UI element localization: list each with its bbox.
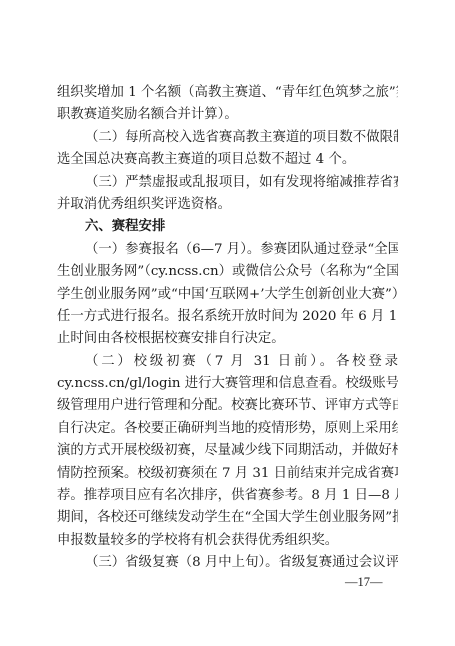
text-line: 自行决定。各校要正确研判当地的疫情形势，原则上采用线上路: [57, 418, 398, 440]
section-heading: 六、赛程安排: [57, 216, 398, 238]
text-line: 组织奖增加 1 个名额（高教主赛道、“青年红色筑梦之旅”赛道、: [57, 82, 398, 104]
text-line: （三）省级复赛（8 月中上旬）。省级复赛通过会议评审和: [57, 552, 398, 574]
text-line: （三）严禁虚报或乱报项目，如有发现将缩减推荐省赛名额: [57, 172, 398, 194]
document-page: 组织奖增加 1 个名额（高教主赛道、“青年红色筑梦之旅”赛道、 职教赛道奖励名额…: [0, 0, 455, 646]
text-line: 职教赛道奖励名额合并计算）。: [57, 104, 398, 126]
text-line: （一）参赛报名（6—7 月）。参赛团队通过登录“全国大学: [57, 239, 398, 261]
text-line: （二）校级初赛（7 月 31 日前）。各校登录: [57, 351, 398, 373]
text-line: 情防控预案。校级初赛须在 7 月 31 日前结束并完成省赛项目推: [57, 463, 398, 485]
text-line: 任一方式进行报名。报名系统开放时间为 2020 年 6 月 11 日，截: [57, 306, 398, 328]
text-line: （二）每所高校入选省赛高教主赛道的项目数不做限制，入: [57, 127, 398, 149]
text-line: 选全国总决赛高教主赛道的项目总数不超过 4 个。: [57, 149, 398, 171]
text-line: 并取消优秀组织奖评选资格。: [57, 194, 398, 216]
text-line: cy.ncss.cn/gl/login 进行大赛管理和信息查看。校级账号由省: [57, 373, 398, 395]
text-line: 级管理用户进行管理和分配。校赛比赛环节、评审方式等由各校: [57, 395, 398, 417]
text-line: 止时间由各校根据校赛安排自行决定。: [57, 328, 398, 350]
text-line: 期间，各校还可继续发动学生在“全国大学生创业服务网”报名，: [57, 507, 398, 529]
page-number: —17—: [345, 573, 383, 591]
text-line: 申报数量较多的学校将有机会获得优秀组织奖。: [57, 530, 398, 552]
text-line: 演的方式开展校级初赛，尽量减少线下同期活动，并做好相关疫: [57, 440, 398, 462]
text-line: 学生创业服务网”或“中国‘互联网+’大学生创新创业大赛”）: [57, 284, 398, 306]
document-body: 组织奖增加 1 个名额（高教主赛道、“青年红色筑梦之旅”赛道、 职教赛道奖励名额…: [57, 82, 398, 575]
text-line: 生创业服务网”（cy.ncss.cn）或微信公众号（名称为“全国大: [57, 261, 398, 283]
text-line: 荐。推荐项目应有名次排序，供省赛参考。8 月 1 日—8 月 15 日: [57, 485, 398, 507]
